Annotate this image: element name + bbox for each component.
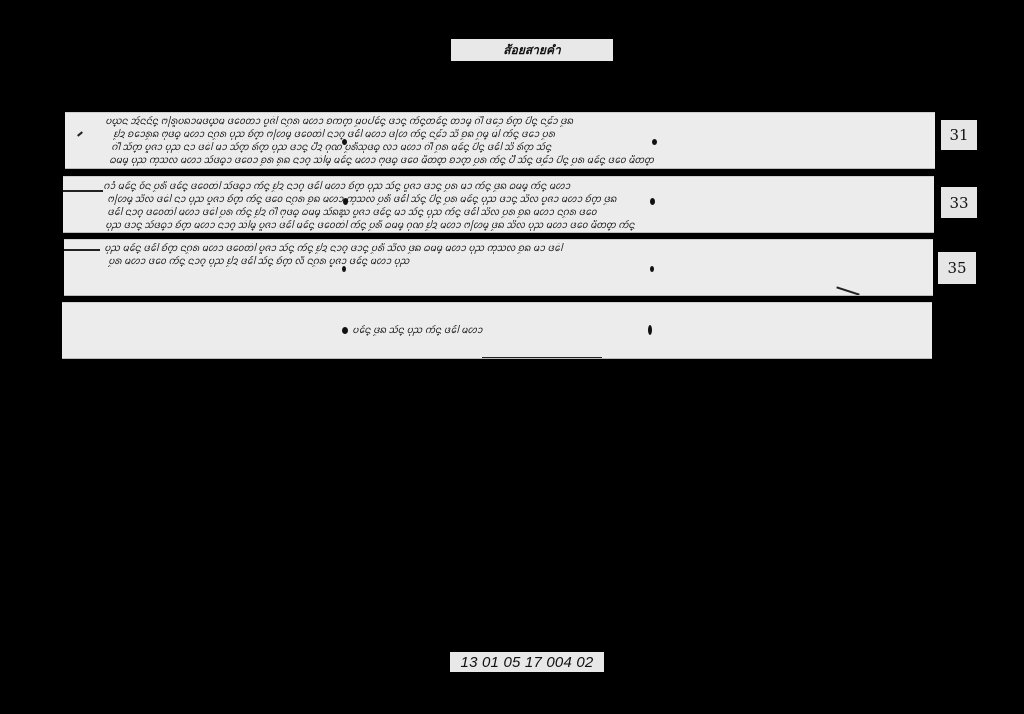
binding-hole	[650, 198, 655, 205]
page-number-text: 35	[947, 259, 966, 277]
page-number-tag: 35	[938, 252, 976, 284]
leaf-text-line: ᨷᩩᨬ ᨾᩮᩢ᩠ᨶ ᨴᩮᩢᩤ ᨧᩢ᩠ᨠ ᨶᨣᩬᩁ ᨾᩉᩣ ᨴᩮᩅᨲᩤ ᨷᩪᨩᩣ …	[104, 243, 915, 254]
leaf-text-line: ᨷᩩᨬ ᨴᩣ᩠ᨶ ᩈᩢᨴ᩠ᨵᩣ ᨧᩢ᩠ᨠ ᨾᩉᩣ ᨶᩣ᩠ᨣ ᩈᩤ᩠ᨾ ᨷᩪᨩᩣ …	[105, 220, 916, 231]
leaf-text-line: ᨵᨾ᩠ᨾ ᨷᩩᨬ ᨠᩩᩈᩃ ᨾᩉᩣ ᩈᩢᨴ᩠ᨵᩣ ᨴᩮᩅᩣ ᨧᩬᩁ ᩁᩬᨦ ᨶᩣ…	[109, 155, 917, 166]
archive-code-label: 13 01 05 17 004 02	[450, 652, 604, 672]
leaf-text-line: ᨷ᩠ᨿᨶ ᩋᩢᨶᨶᩢ᩠ᨶ ᨻᩕᩁᩪᨷᨦᩣᨾᨴ᩠ᨿᨾ ᨴᩮᩅᨲᩣ ᨷᩪᨩᩤ ᨶᨣᩬ…	[105, 116, 917, 127]
binding-hole	[342, 327, 348, 334]
page-number-tag: 31	[941, 120, 977, 150]
leaf-text-line: ᩀᩬᨯ ᨧᩮᩣᩁᩬᨦ ᨻᩩᨴ᩠ᨵ ᨾᩉᩣ ᨶᨣᩬᩁ ᨷᩩᨬ ᨧᩢ᩠ᨠ ᨻᩕᩉ᩠ᨾ…	[113, 129, 917, 140]
leaf-text-line: ᨣᩤᩴ ᩈᩢᩢ᩠ᨠ ᨷᩪᨩᩣ ᨷᩩᨬ ᨶᩣ ᨴᩮᩤ ᨾᩣ ᩈᩢ᩠ᨠ ᩁᩢ᩠ᨠ ᨷ…	[111, 142, 917, 153]
leaf-text-line: ᨷᩬᩁ ᨾᩉᩣ ᨴᩮᩅ ᨠᩢ᩠ᨶ ᨶᩣ᩠ᨣ ᨷᩩᨬ ᩀᩬᨯ ᨴᩮᩢᩤ ᩈᩢ᩠ᨶ …	[108, 256, 513, 267]
archive-code-text: 13 01 05 17 004 02	[461, 654, 594, 671]
page-number-text: 33	[949, 194, 968, 212]
page-number-text: 31	[949, 126, 968, 144]
scratch-mark	[63, 190, 103, 192]
palm-leaf-4: ᨷᩮᩢ᩠ᨶ ᨴᩬᨦ ᩈᩢ᩠ᨶ ᨷᩩᨬ ᨠᩢ᩠ᨶ ᨴᩮᩢᩤ ᨾᩉᩣ	[62, 302, 932, 359]
scratch-mark	[836, 286, 859, 295]
binding-hole	[648, 325, 652, 335]
palm-leaf-1: ᨷ᩠ᨿᨶ ᩋᩢᨶᨶᩢ᩠ᨶ ᨻᩕᩁᩪᨷᨦᩣᨾᨴ᩠ᨿᨾ ᨴᩮᩅᨲᩣ ᨷᩪᨩᩤ ᨶᨣᩬ…	[65, 112, 935, 169]
scratch-mark	[482, 357, 602, 358]
leaf-text-line: ᨷᩮᩢ᩠ᨶ ᨴᩬᨦ ᩈᩢ᩠ᨶ ᨷᩩᨬ ᨠᩢ᩠ᨶ ᨴᩮᩢᩤ ᨾᩉᩣ	[352, 325, 492, 336]
binding-hole	[342, 266, 346, 272]
document-title-text: ส้อยสายคำ	[503, 41, 560, 60]
palm-leaf-3: ᨷᩩᨬ ᨾᩮᩢ᩠ᨶ ᨴᩮᩢᩤ ᨧᩢ᩠ᨠ ᨶᨣᩬᩁ ᨾᩉᩣ ᨴᩮᩅᨲᩤ ᨷᩪᨩᩣ …	[64, 239, 933, 296]
page-number-tag: 33	[941, 187, 977, 218]
palm-leaf-2: ᨣᩣᩴ ᨾᩮᩢ᩠ᨶ ᩅᩢᩢᨶ ᨷᩬᩁᩥ ᨴᩮᩢ᩠ᨶ ᨴᩮᩅᨲᩤ ᩈᩢᨴ᩠ᨵᩣ ᨠ…	[63, 176, 934, 233]
scratch-mark	[77, 131, 83, 136]
binding-hole	[650, 266, 654, 272]
document-title-label: ส้อยสายคำ	[451, 39, 613, 61]
leaf-text-line: ᨣᩣᩴ ᨾᩮᩢ᩠ᨶ ᩅᩢᩢᨶ ᨷᩬᩁᩥ ᨴᩮᩢ᩠ᨶ ᨴᩮᩅᨲᩤ ᩈᩢᨴ᩠ᨵᩣ ᨠ…	[103, 181, 916, 192]
binding-hole	[343, 198, 348, 205]
scratch-mark	[64, 249, 100, 251]
leaf-text-line: ᨴᩮᩢᩤ ᨶᩣ᩠ᨣ ᨴᩮᩅᨲᩤ ᨾᩉᩣ ᨴᩮᩤ ᨷᩬᩁ ᨠᩢ᩠ᨶ ᩀᩬᨯ ᨣᩤᩴ…	[107, 207, 916, 218]
leaf-text-line: ᨻᩕᩉ᩠ᨾ ᩈᩦᩃ ᨴᩮᩤ ᨶᩣ ᨷᩩᨬ ᨷᩪᨩᩣ ᨧᩢ᩠ᨠ ᨠᩢ᩠ᨶ ᨴᩮᩅ …	[107, 194, 916, 205]
binding-hole	[342, 139, 347, 145]
binding-hole	[652, 139, 657, 145]
